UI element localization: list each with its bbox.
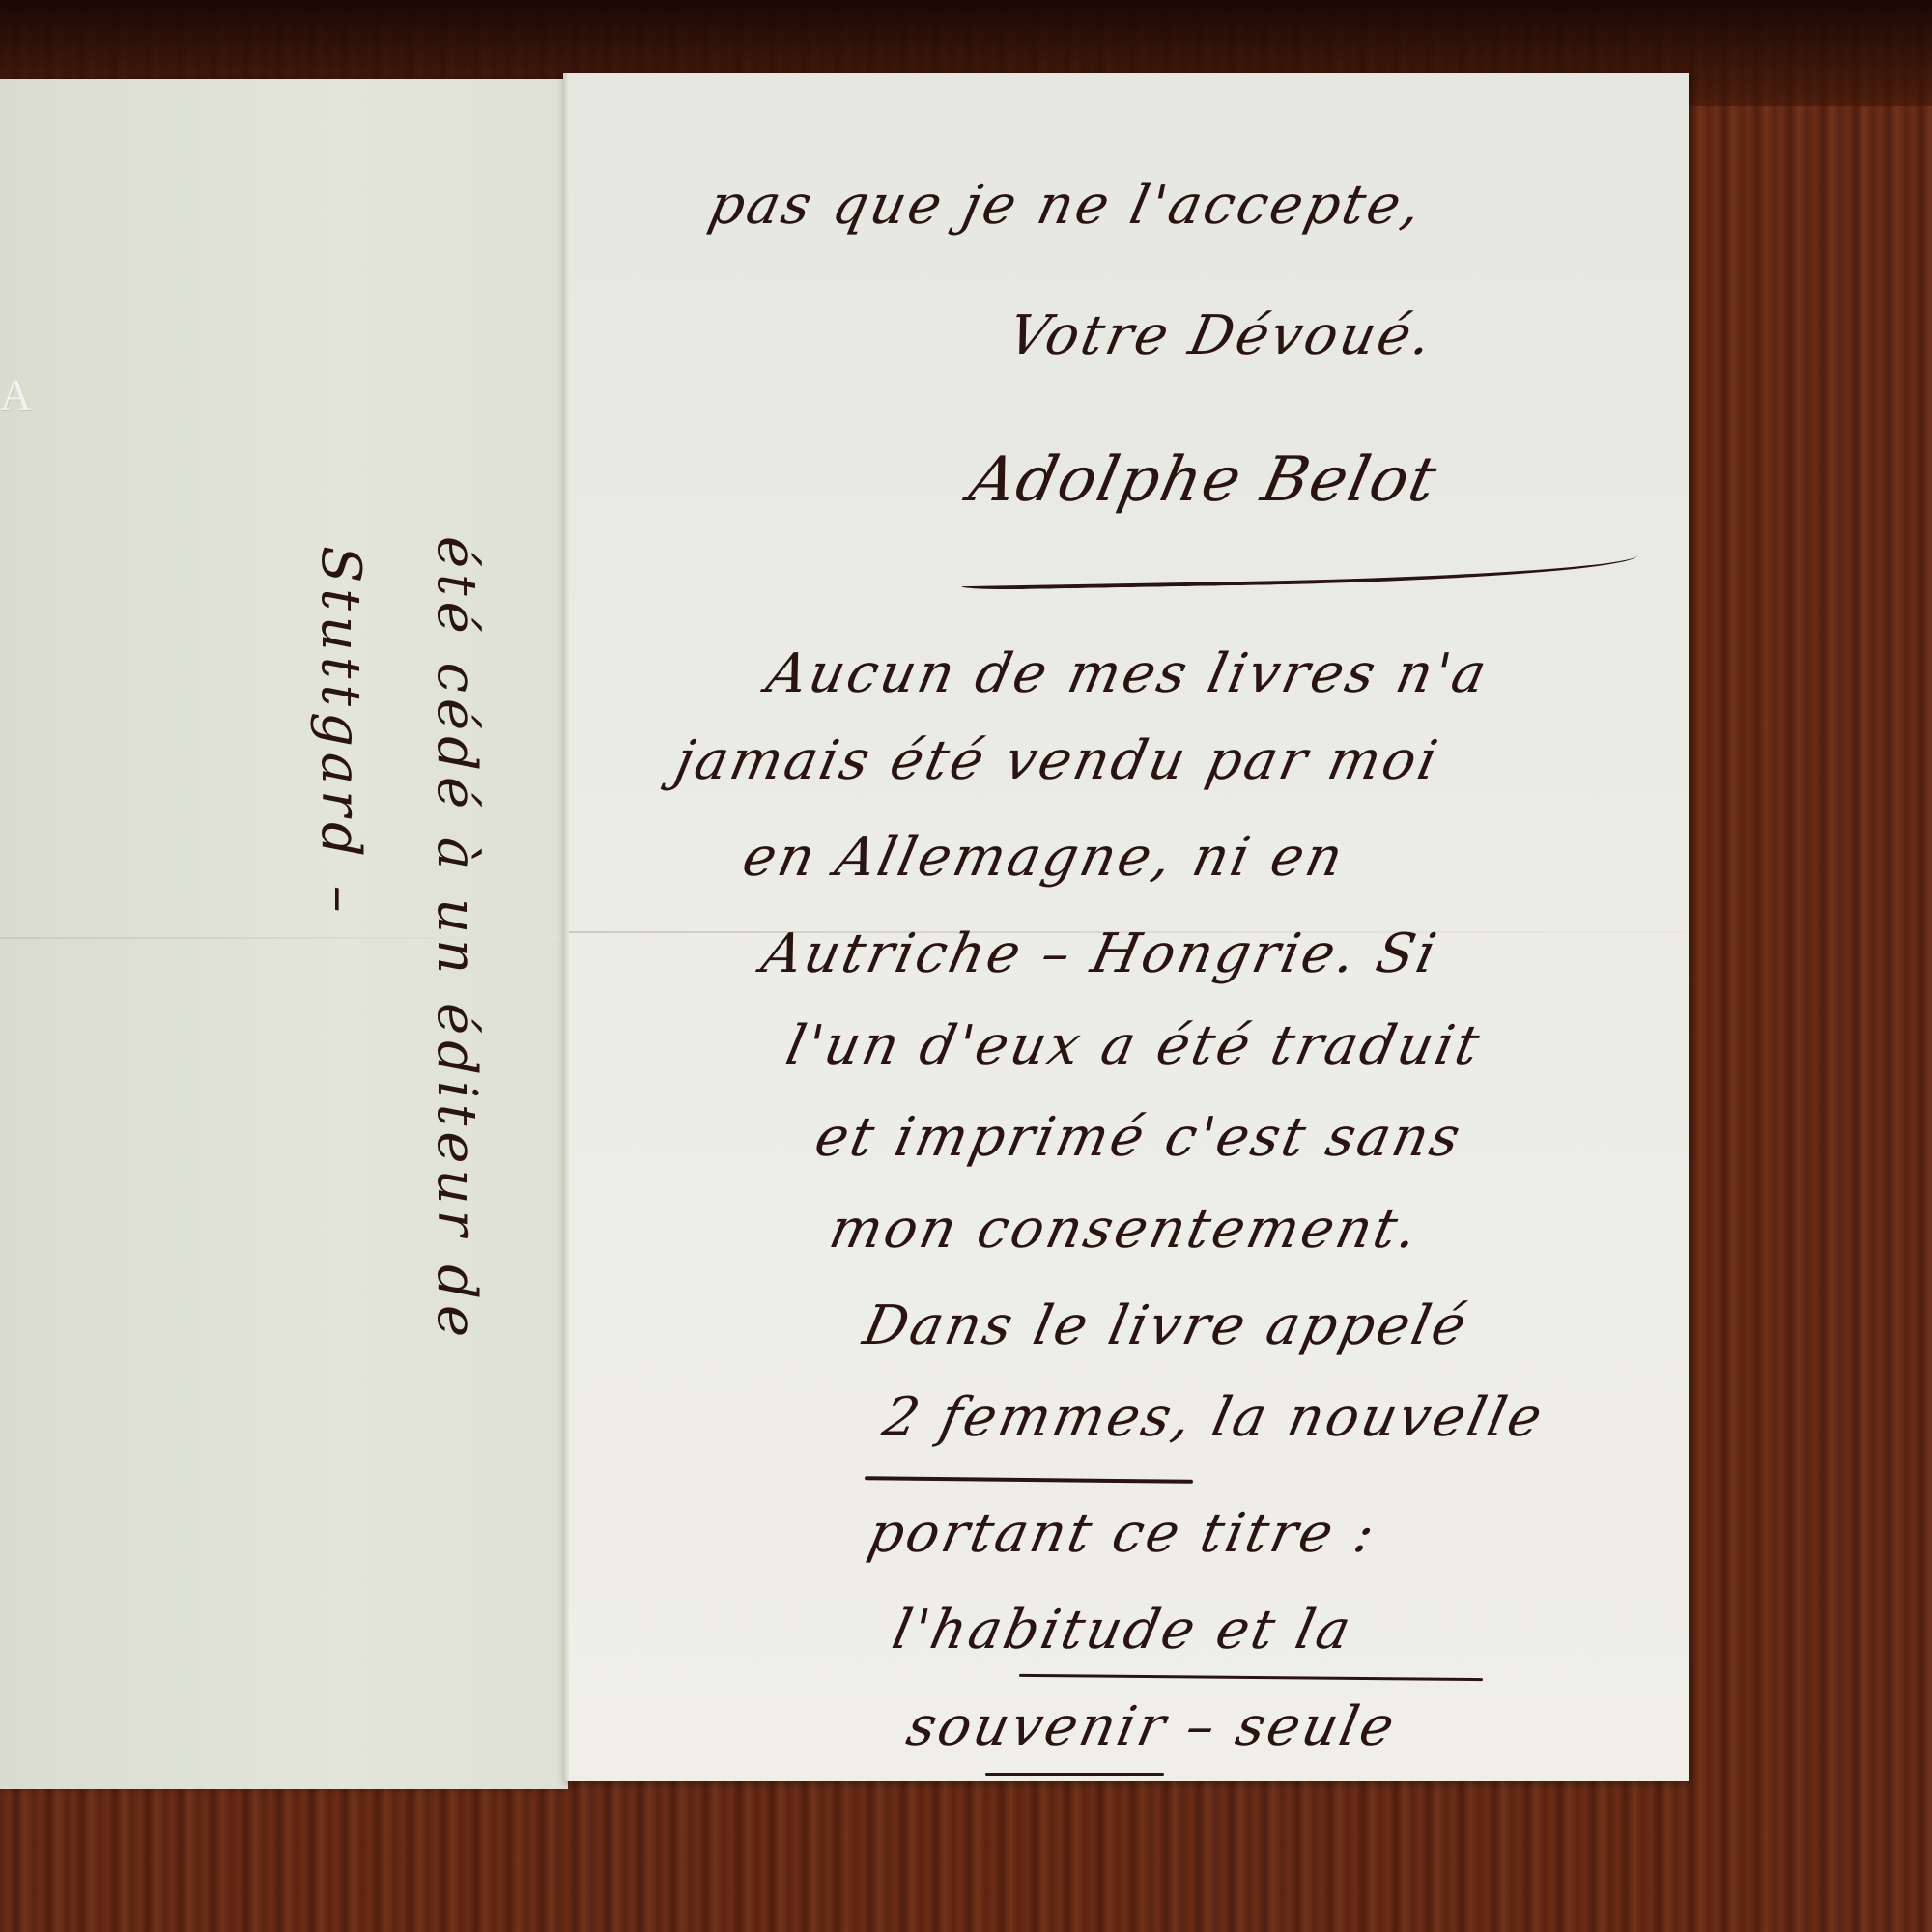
postscript-line-8: Dans le livre appelé — [858, 1294, 1474, 1357]
postscript-line-2: jamais été vendu par moi — [669, 729, 1445, 792]
page-gutter — [563, 73, 569, 1781]
postscript-line-6: et imprimé c'est sans — [810, 1106, 1468, 1169]
vertical-line-2: Stuttgard – — [309, 546, 372, 919]
signature: Adolphe Belot — [963, 444, 1444, 516]
postscript-line-12: souvenir – seule — [901, 1695, 1402, 1758]
postscript-line-9: 2 femmes, la nouvelle — [877, 1386, 1549, 1449]
postscript-line-5: l'un d'eux a été traduit — [781, 1014, 1488, 1077]
postscript-line-7: mon consentement. — [824, 1198, 1426, 1261]
underline-souvenir — [985, 1773, 1164, 1776]
closing-line: pas que je ne l'accepte, — [703, 174, 1430, 237]
postscript-line-4: Autriche – Hongrie. Si — [756, 923, 1444, 985]
vertical-line-1: été cédé à un éditeur de — [425, 536, 488, 1343]
postscript-line-11: l'habitude et la — [887, 1599, 1358, 1662]
postscript-line-3: en Allemagne, ni en — [737, 826, 1350, 889]
postscript-line-10: portant ce titre : — [863, 1502, 1382, 1565]
valediction: Votre Dévoué. — [1003, 304, 1439, 367]
postscript-line-1: Aucun de mes livres n'a — [761, 642, 1494, 705]
blind-stamp-emboss: A — [0, 369, 32, 420]
